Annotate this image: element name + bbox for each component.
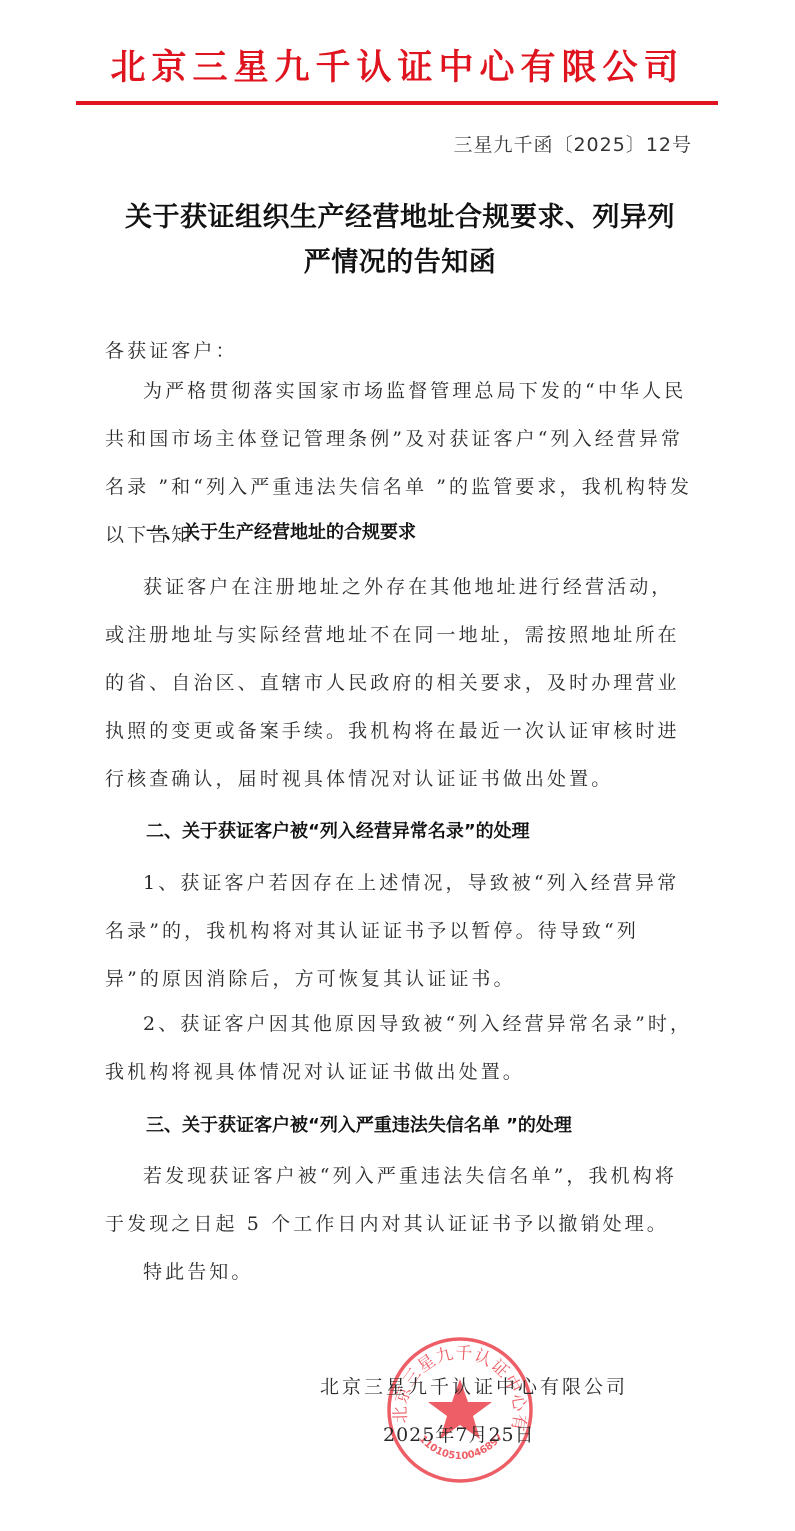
signature-company: 北京三星九千认证中心有限公司 <box>320 1372 628 1399</box>
section-2-paragraph-2: 2、获证客户因其他原因导致被“列入经营异常名录”时，我机构将视具体情况对认证证书… <box>105 1000 695 1096</box>
letterhead-company-name: 北京三星九千认证中心有限公司 <box>0 42 795 94</box>
document-title: 关于获证组织生产经营地址合规要求、列异列 严情况的告知函 <box>100 195 700 285</box>
title-line-1: 关于获证组织生产经营地址合规要求、列异列 <box>100 195 700 240</box>
section-2-heading: 二、关于获证客户被“列入经营异常名录”的处理 <box>146 817 530 847</box>
company-seal: 北京三星九千认证中心有限公司 1101051004​6897 <box>385 1335 535 1485</box>
section-2-paragraph-1: 1、获证客户若因存在上述情况，导致被“列入经营异常名录”的，我机构将对其认证证书… <box>105 859 695 1003</box>
section-3-heading: 三、关于获证客户被“列入严重违法失信名单 ”的处理 <box>146 1111 572 1141</box>
closing-text: 特此告知。 <box>105 1248 695 1296</box>
document-number: 三星九千函〔2025〕12号 <box>453 130 692 157</box>
section-1-paragraph-1: 获证客户在注册地址之外存在其他地址进行经营活动，或注册地址与实际经营地址不在同一… <box>105 563 695 803</box>
section-3-paragraph-1: 若发现获证客户被“列入严重违法失信名单”，我机构将于发现之日起 5 个工作日内对… <box>105 1152 695 1248</box>
signature-date: 2025年7月25日 <box>383 1420 535 1447</box>
title-line-2: 严情况的告知函 <box>100 240 700 285</box>
section-1-heading: 一、关于生产经营地址的合规要求 <box>146 518 416 548</box>
letterhead-divider <box>76 101 718 105</box>
